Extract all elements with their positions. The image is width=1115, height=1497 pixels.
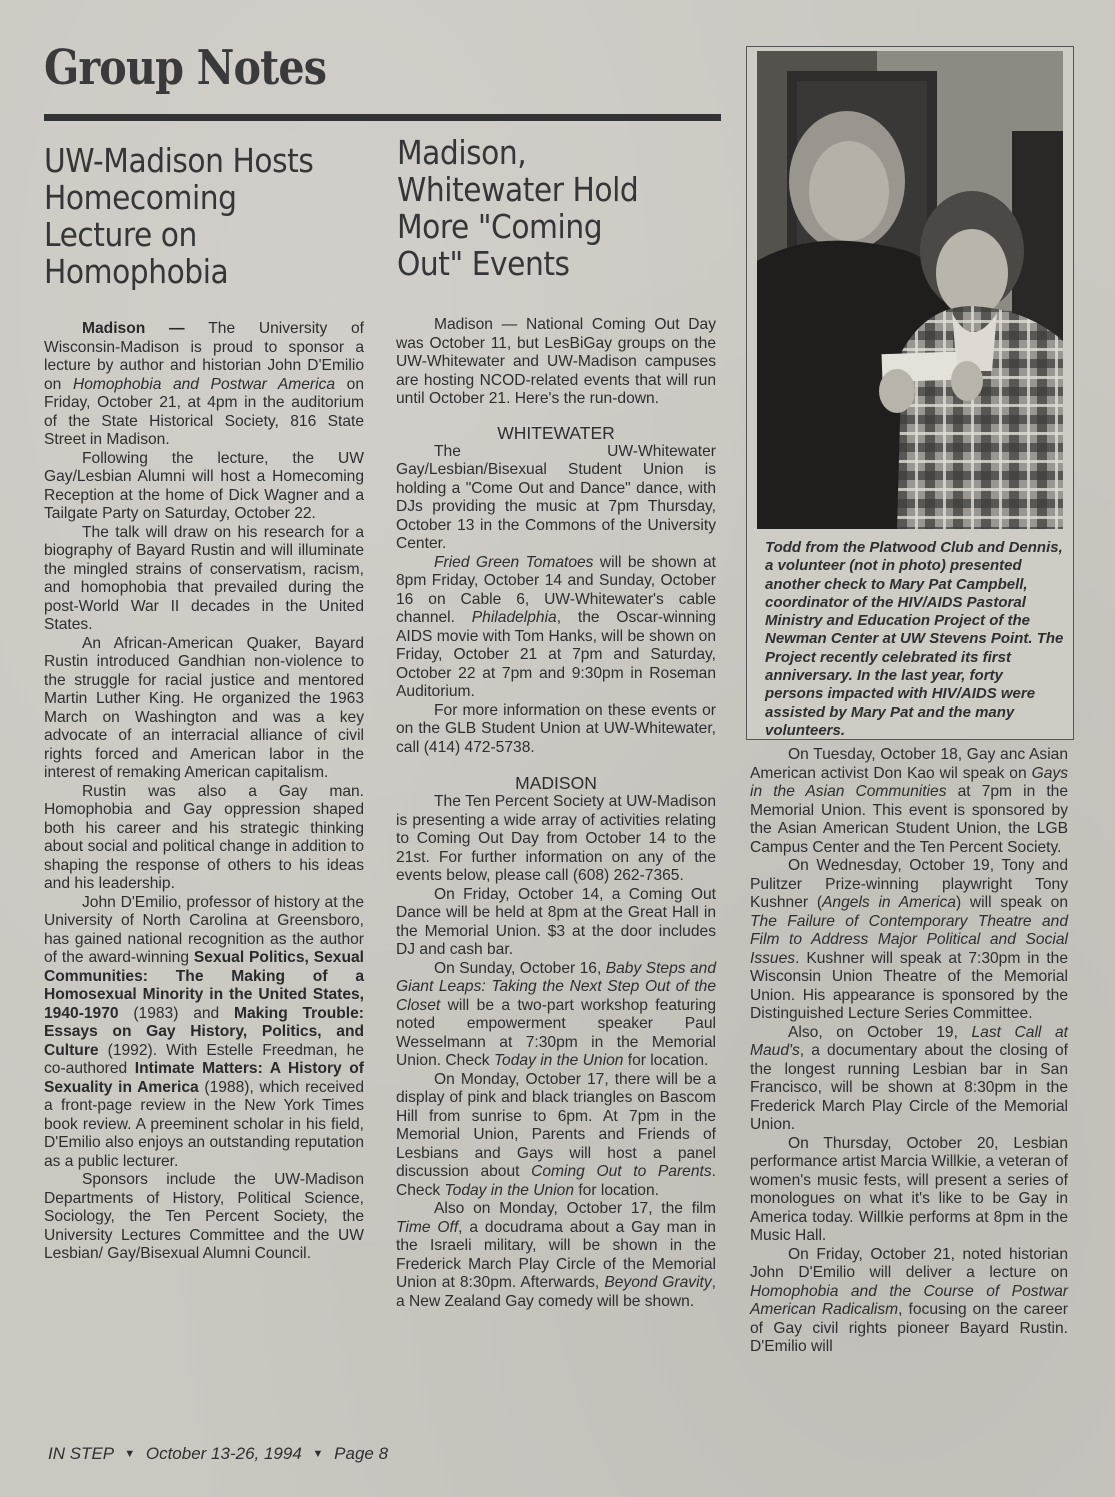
- article1-body: Madison — The University of Wisconsin-Ma…: [44, 320, 364, 1264]
- paragraph: Following the lecture, the UW Gay/Lesbia…: [44, 450, 364, 524]
- paragraph: On Monday, October 17, there will be a d…: [396, 1071, 716, 1201]
- paragraph: On Wednesday, October 19, Tony and Pulit…: [750, 857, 1068, 1024]
- film-title: Time Off: [396, 1219, 458, 1236]
- paragraph: Rustin was also a Gay man. Homophobia an…: [44, 783, 364, 894]
- publication-title: Today in the Union: [494, 1052, 623, 1069]
- text: On Friday, October 21, noted historian J…: [750, 1246, 1068, 1282]
- film-title: Beyond Gravity: [604, 1274, 711, 1291]
- triangle-separator-icon: ▼: [313, 1448, 324, 1460]
- text: Also on Monday, October 17, the film: [434, 1200, 716, 1217]
- article2-body: Madison — National Coming Out Day was Oc…: [396, 316, 716, 1311]
- text: On Sunday, October 16,: [434, 960, 606, 977]
- dateline-dash: —: [145, 320, 208, 337]
- article1-headline: UW-Madison Hosts Homecoming Lecture on H…: [44, 142, 374, 290]
- text: . Kushner will speak at 7:30pm in the Wi…: [750, 950, 1068, 1023]
- headline-line: Lecture on: [44, 216, 341, 253]
- play-title: Angels in America: [822, 894, 956, 911]
- paragraph: Sponsors include the UW-Madison Departme…: [44, 1171, 364, 1264]
- title-rule-divider: [44, 114, 721, 121]
- paragraph: Also on Monday, October 17, the film Tim…: [396, 1200, 716, 1311]
- paragraph: On Friday, October 14, a Coming Out Danc…: [396, 886, 716, 960]
- headline-line: Out" Events: [397, 245, 694, 282]
- film-title: Fried Green Tomatoes: [434, 554, 593, 571]
- publication-name: IN STEP: [48, 1444, 114, 1463]
- headline-line: More "Coming: [397, 208, 694, 245]
- film-title: Philadelphia: [472, 609, 557, 626]
- photo-illustration: [757, 51, 1063, 529]
- text: (1983) and: [119, 1005, 234, 1022]
- paragraph: Fried Green Tomatoes will be shown at 8p…: [396, 554, 716, 702]
- intro-paragraph: Madison — National Coming Out Day was Oc…: [396, 316, 716, 409]
- triangle-separator-icon: ▼: [124, 1448, 135, 1460]
- headline-line: Whitewater Hold: [397, 171, 694, 208]
- paragraph: An African-American Quaker, Bayard Rusti…: [44, 635, 364, 783]
- text: for location.: [574, 1182, 659, 1199]
- dateline: Madison: [82, 320, 145, 337]
- text: On Tuesday, October 18, Gay anc Asian Am…: [750, 746, 1068, 782]
- paragraph: The UW-Whitewater Gay/Lesbian/Bisexual S…: [396, 443, 716, 554]
- text: ) will speak on: [956, 894, 1068, 911]
- paragraph: Madison — The University of Wisconsin-Ma…: [44, 320, 364, 450]
- headline-line: Homecoming: [44, 179, 341, 216]
- panel-title: Coming Out to Parents: [531, 1163, 712, 1180]
- article2-continued: On Tuesday, October 18, Gay anc Asian Am…: [750, 746, 1068, 1357]
- issue-dates: October 13-26, 1994: [146, 1444, 302, 1463]
- photo-caption: Todd from the Platwood Club and Dennis, …: [765, 539, 1065, 740]
- paragraph: John D'Emilio, professor of history at t…: [44, 894, 364, 1172]
- headline-line: Madison,: [397, 134, 694, 171]
- paragraph: On Friday, October 21, noted historian J…: [750, 1246, 1068, 1357]
- publication-title: Today in the Union: [445, 1182, 574, 1199]
- headline-line: UW-Madison Hosts: [44, 142, 341, 179]
- section-title: Group Notes: [44, 40, 326, 96]
- headline-line: Homophobia: [44, 253, 341, 290]
- text: Also, on October 19,: [788, 1024, 971, 1041]
- text: for location.: [623, 1052, 708, 1069]
- page-number: Page 8: [334, 1444, 388, 1463]
- subhead-whitewater: WHITEWATER: [396, 423, 716, 443]
- paragraph: On Sunday, October 16, Baby Steps and Gi…: [396, 960, 716, 1071]
- paragraph: The talk will draw on his research for a…: [44, 524, 364, 635]
- photo-box: Todd from the Platwood Club and Dennis, …: [746, 46, 1074, 740]
- subhead-madison: MADISON: [396, 773, 716, 793]
- paragraph: For more information on these events or …: [396, 702, 716, 758]
- paragraph: On Thursday, October 20, Lesbian perform…: [750, 1135, 1068, 1246]
- newspaper-page: Group Notes UW-Madison Hosts Homecoming …: [0, 0, 1115, 1497]
- article2-headline: Madison, Whitewater Hold More "Coming Ou…: [397, 134, 727, 282]
- photo-image: [757, 51, 1063, 529]
- paragraph: On Tuesday, October 18, Gay anc Asian Am…: [750, 746, 1068, 857]
- page-footer: IN STEP ▼ October 13-26, 1994 ▼ Page 8: [48, 1444, 388, 1464]
- paragraph: Also, on October 19, Last Call at Maud's…: [750, 1024, 1068, 1135]
- lecture-title: Homophobia and Postwar America: [73, 376, 335, 393]
- paragraph: The Ten Percent Society at UW-Madison is…: [396, 793, 716, 886]
